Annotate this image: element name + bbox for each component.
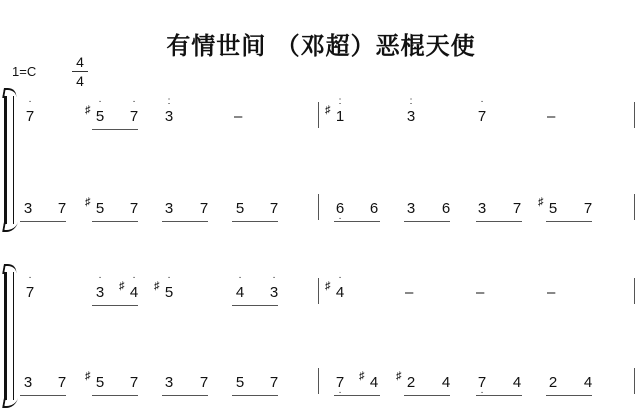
note: 6	[368, 200, 380, 218]
note-number: 1	[336, 108, 344, 125]
note-number: 7	[513, 200, 521, 217]
time-signature-top: 4	[76, 54, 84, 70]
eighth-note-underline	[404, 221, 450, 222]
note-number: 3	[407, 108, 415, 125]
note-number: 4	[130, 284, 138, 301]
eighth-note-underline	[334, 395, 380, 396]
note-number: 3	[270, 284, 278, 301]
note-number: 4	[584, 374, 592, 391]
sharp-icon: ♯	[85, 193, 91, 211]
note: 7·	[24, 108, 36, 126]
note: 7·	[476, 108, 488, 126]
barline	[634, 194, 635, 220]
note-number: 5	[549, 200, 557, 217]
sharp-icon: ♯	[85, 101, 91, 119]
note-number: 3	[407, 200, 415, 217]
octave-dot-above: ·	[234, 274, 246, 282]
note: 7·	[334, 374, 346, 392]
octave-dot-above: ·	[128, 98, 140, 106]
note-number: 3	[24, 374, 32, 391]
system-2-accompaniment-row: 375♯737577·4♯2♯47·424	[0, 366, 642, 406]
note: 4·	[234, 284, 246, 302]
sustain-dash: –	[547, 284, 555, 301]
note: 5♯	[547, 200, 559, 218]
octave-dot-above: ·	[94, 98, 106, 106]
sharp-icon: ♯	[359, 367, 365, 385]
note-number: 6	[370, 200, 378, 217]
barline	[634, 368, 635, 394]
note-number: 7	[130, 108, 138, 125]
note: 7	[268, 200, 280, 218]
sharp-icon: ♯	[538, 193, 544, 211]
note-number: 4	[513, 374, 521, 391]
barline	[634, 278, 635, 304]
note-number: 3	[96, 284, 104, 301]
time-signature: 4 4	[72, 54, 88, 89]
eighth-note-underline	[20, 395, 66, 396]
octave-dot-above: ·	[163, 274, 175, 282]
eighth-note-underline	[92, 129, 138, 130]
note: 4	[511, 374, 523, 392]
note: 1:♯	[334, 108, 346, 126]
note: 2♯	[405, 374, 417, 392]
octave-dot-above: ·	[334, 274, 346, 282]
sharp-icon: ♯	[325, 101, 331, 119]
eighth-note-underline	[92, 305, 138, 306]
note: 5♯	[94, 374, 106, 392]
barline	[318, 102, 319, 128]
time-signature-bottom: 4	[76, 73, 84, 89]
note: 6·	[334, 200, 346, 218]
note-number: 4	[336, 284, 344, 301]
eighth-note-underline	[334, 221, 380, 222]
eighth-note-underline	[92, 221, 138, 222]
system-2-melody-row: 7·3·4·♯5·♯4·3·4·♯–––	[0, 276, 642, 316]
note-number: 7	[270, 200, 278, 217]
note-number: 7	[200, 374, 208, 391]
note: 4	[582, 374, 594, 392]
note-number: 7	[130, 374, 138, 391]
note: 3·	[268, 284, 280, 302]
song-title: 有情世间 （邓超）恶棍天使	[0, 26, 642, 61]
note: 4·♯	[128, 284, 140, 302]
note: 7	[198, 374, 210, 392]
sharp-icon: ♯	[154, 277, 160, 295]
note: 6	[440, 200, 452, 218]
note-number: 7	[200, 200, 208, 217]
note-number: 2	[549, 374, 557, 391]
octave-dot-above: :	[163, 98, 175, 106]
note: 3:	[163, 108, 175, 126]
note: 7·	[476, 374, 488, 392]
note: 2	[547, 374, 559, 392]
eighth-note-underline	[232, 395, 278, 396]
note: 3	[22, 200, 34, 218]
note: 5·♯	[94, 108, 106, 126]
note-number: 4	[370, 374, 378, 391]
note-number: 5	[236, 374, 244, 391]
barline	[318, 368, 319, 394]
note: 5·♯	[163, 284, 175, 302]
note-number: 5	[236, 200, 244, 217]
note-number: 3	[165, 200, 173, 217]
barline	[318, 194, 319, 220]
note-number: 7	[130, 200, 138, 217]
eighth-note-underline	[162, 221, 208, 222]
note: 5	[234, 374, 246, 392]
note-number: 7	[26, 108, 34, 125]
eighth-note-underline	[232, 305, 278, 306]
key-signature: 1=C	[12, 64, 36, 79]
note: 3	[405, 200, 417, 218]
eighth-note-underline	[476, 395, 522, 396]
sustain-dash: –	[476, 284, 484, 301]
eighth-note-underline	[546, 395, 592, 396]
system-1-accompaniment-row: 375♯737576·636375♯7	[0, 192, 642, 232]
note: 7	[56, 374, 68, 392]
eighth-note-underline	[546, 221, 592, 222]
note: 3	[163, 200, 175, 218]
eighth-note-underline	[162, 395, 208, 396]
note-number: 5	[96, 108, 104, 125]
time-signature-divider	[72, 71, 88, 72]
octave-dot-above: ·	[476, 98, 488, 106]
note: 7	[128, 374, 140, 392]
barline	[634, 102, 635, 128]
eighth-note-underline	[20, 221, 66, 222]
octave-dot-above: :	[334, 98, 346, 106]
octave-dot-above: ·	[128, 274, 140, 282]
note: 3:	[405, 108, 417, 126]
note: 3	[22, 374, 34, 392]
eighth-note-underline	[232, 221, 278, 222]
octave-dot-above: ·	[24, 98, 36, 106]
sharp-icon: ♯	[325, 277, 331, 295]
note-number: 5	[96, 374, 104, 391]
note-number: 3	[165, 374, 173, 391]
sharp-icon: ♯	[119, 277, 125, 295]
note-number: 7	[58, 200, 66, 217]
note-number: 3	[478, 200, 486, 217]
sustain-dash: –	[405, 284, 413, 301]
note-number: 7	[270, 374, 278, 391]
note-number: 4	[442, 374, 450, 391]
note: 4	[440, 374, 452, 392]
note: 7	[268, 374, 280, 392]
note-number: 3	[24, 200, 32, 217]
note: 7	[128, 200, 140, 218]
note: 3·	[94, 284, 106, 302]
note: 5	[234, 200, 246, 218]
eighth-note-underline	[404, 395, 450, 396]
note-number: 2	[407, 374, 415, 391]
note: 7·	[128, 108, 140, 126]
note-number: 5	[165, 284, 173, 301]
octave-dot-above: ·	[94, 274, 106, 282]
note: 7	[198, 200, 210, 218]
eighth-note-underline	[476, 221, 522, 222]
note-number: 7	[478, 108, 486, 125]
system-1-melody-row: 7·5·♯7·3:–1:♯3:7·–	[0, 100, 642, 140]
note: 4·♯	[334, 284, 346, 302]
note: 5♯	[94, 200, 106, 218]
note: 7	[582, 200, 594, 218]
note: 3	[163, 374, 175, 392]
sustain-dash: –	[234, 108, 242, 125]
octave-dot-above: :	[405, 98, 417, 106]
note-number: 7	[58, 374, 66, 391]
note: 7·	[24, 284, 36, 302]
barline	[318, 278, 319, 304]
note: 7	[511, 200, 523, 218]
note-number: 5	[96, 200, 104, 217]
note: 3	[476, 200, 488, 218]
sustain-dash: –	[547, 108, 555, 125]
eighth-note-underline	[92, 395, 138, 396]
note: 7	[56, 200, 68, 218]
sharp-icon: ♯	[85, 367, 91, 385]
octave-dot-above: ·	[24, 274, 36, 282]
note-number: 6	[442, 200, 450, 217]
note: 4♯	[368, 374, 380, 392]
note-number: 4	[236, 284, 244, 301]
note-number: 7	[584, 200, 592, 217]
note-number: 3	[165, 108, 173, 125]
octave-dot-above: ·	[268, 274, 280, 282]
note-number: 7	[26, 284, 34, 301]
sharp-icon: ♯	[396, 367, 402, 385]
